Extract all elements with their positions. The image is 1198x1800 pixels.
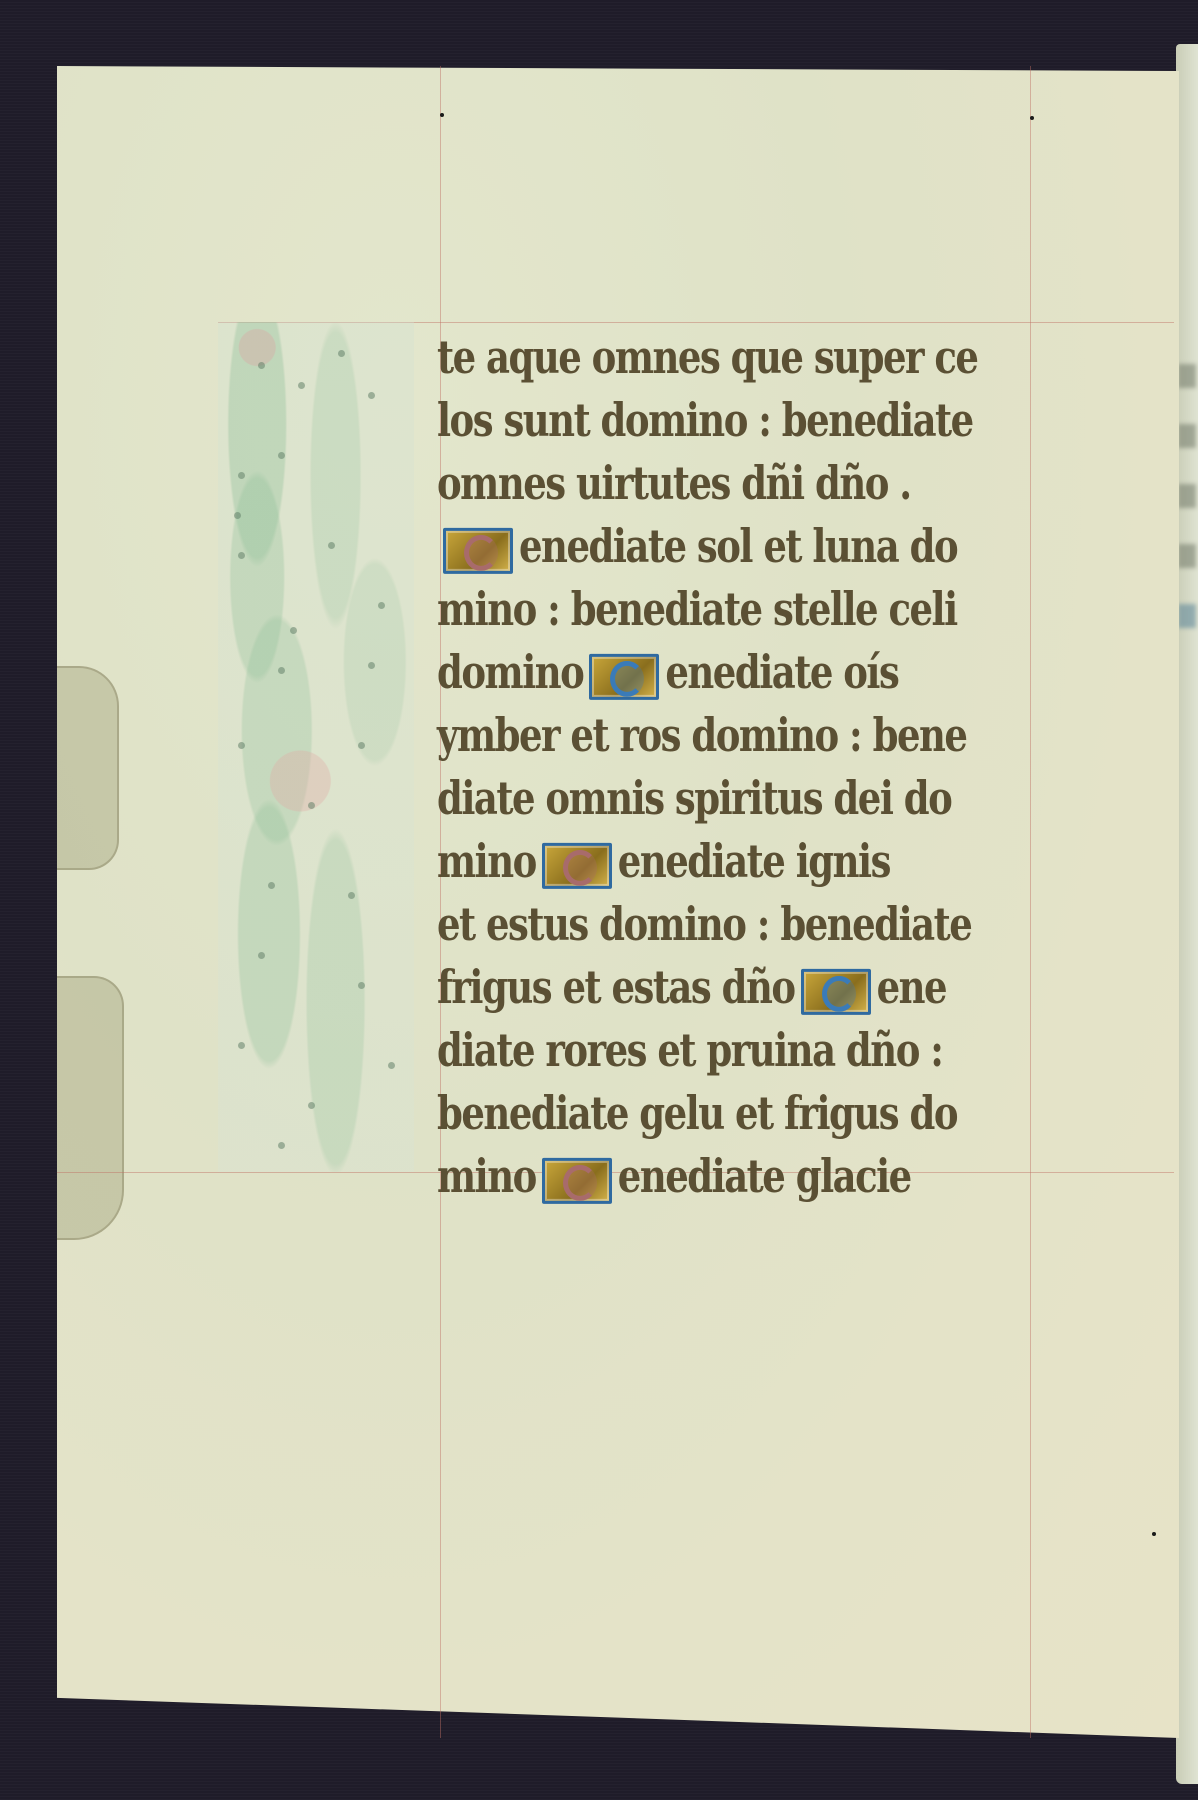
line-text: enediate sol et luna do [519,518,957,573]
water-stain [57,666,119,870]
line-text: mino [437,833,536,888]
line-text-after: enediate ignis [618,833,890,888]
water-stain [57,976,124,1240]
illuminated-initial-b [542,842,612,888]
pricking-mark [1152,1532,1156,1536]
line-text: domino [437,644,583,699]
faded-floral-border [218,322,414,1172]
line-text-after: enediate oís [665,644,898,699]
facing-page-edge [1176,44,1198,1784]
pricking-mark [1030,116,1034,120]
illuminated-initial-b [443,527,513,573]
illuminated-initial-b [542,1157,612,1203]
illuminated-initial-b [801,968,871,1014]
line-text-after: ene [877,959,946,1014]
line-text-after: enediate glacie [618,1148,911,1203]
pricking-mark [440,113,444,117]
line-text: mino [437,1148,536,1203]
text-line-14: minoenediate glacie [437,1137,1037,1216]
illuminated-initial-b [589,653,659,699]
text-block: te aque omnes que super ce los sunt domi… [437,326,1037,1208]
line-text: frigus et estas dño [437,959,795,1014]
